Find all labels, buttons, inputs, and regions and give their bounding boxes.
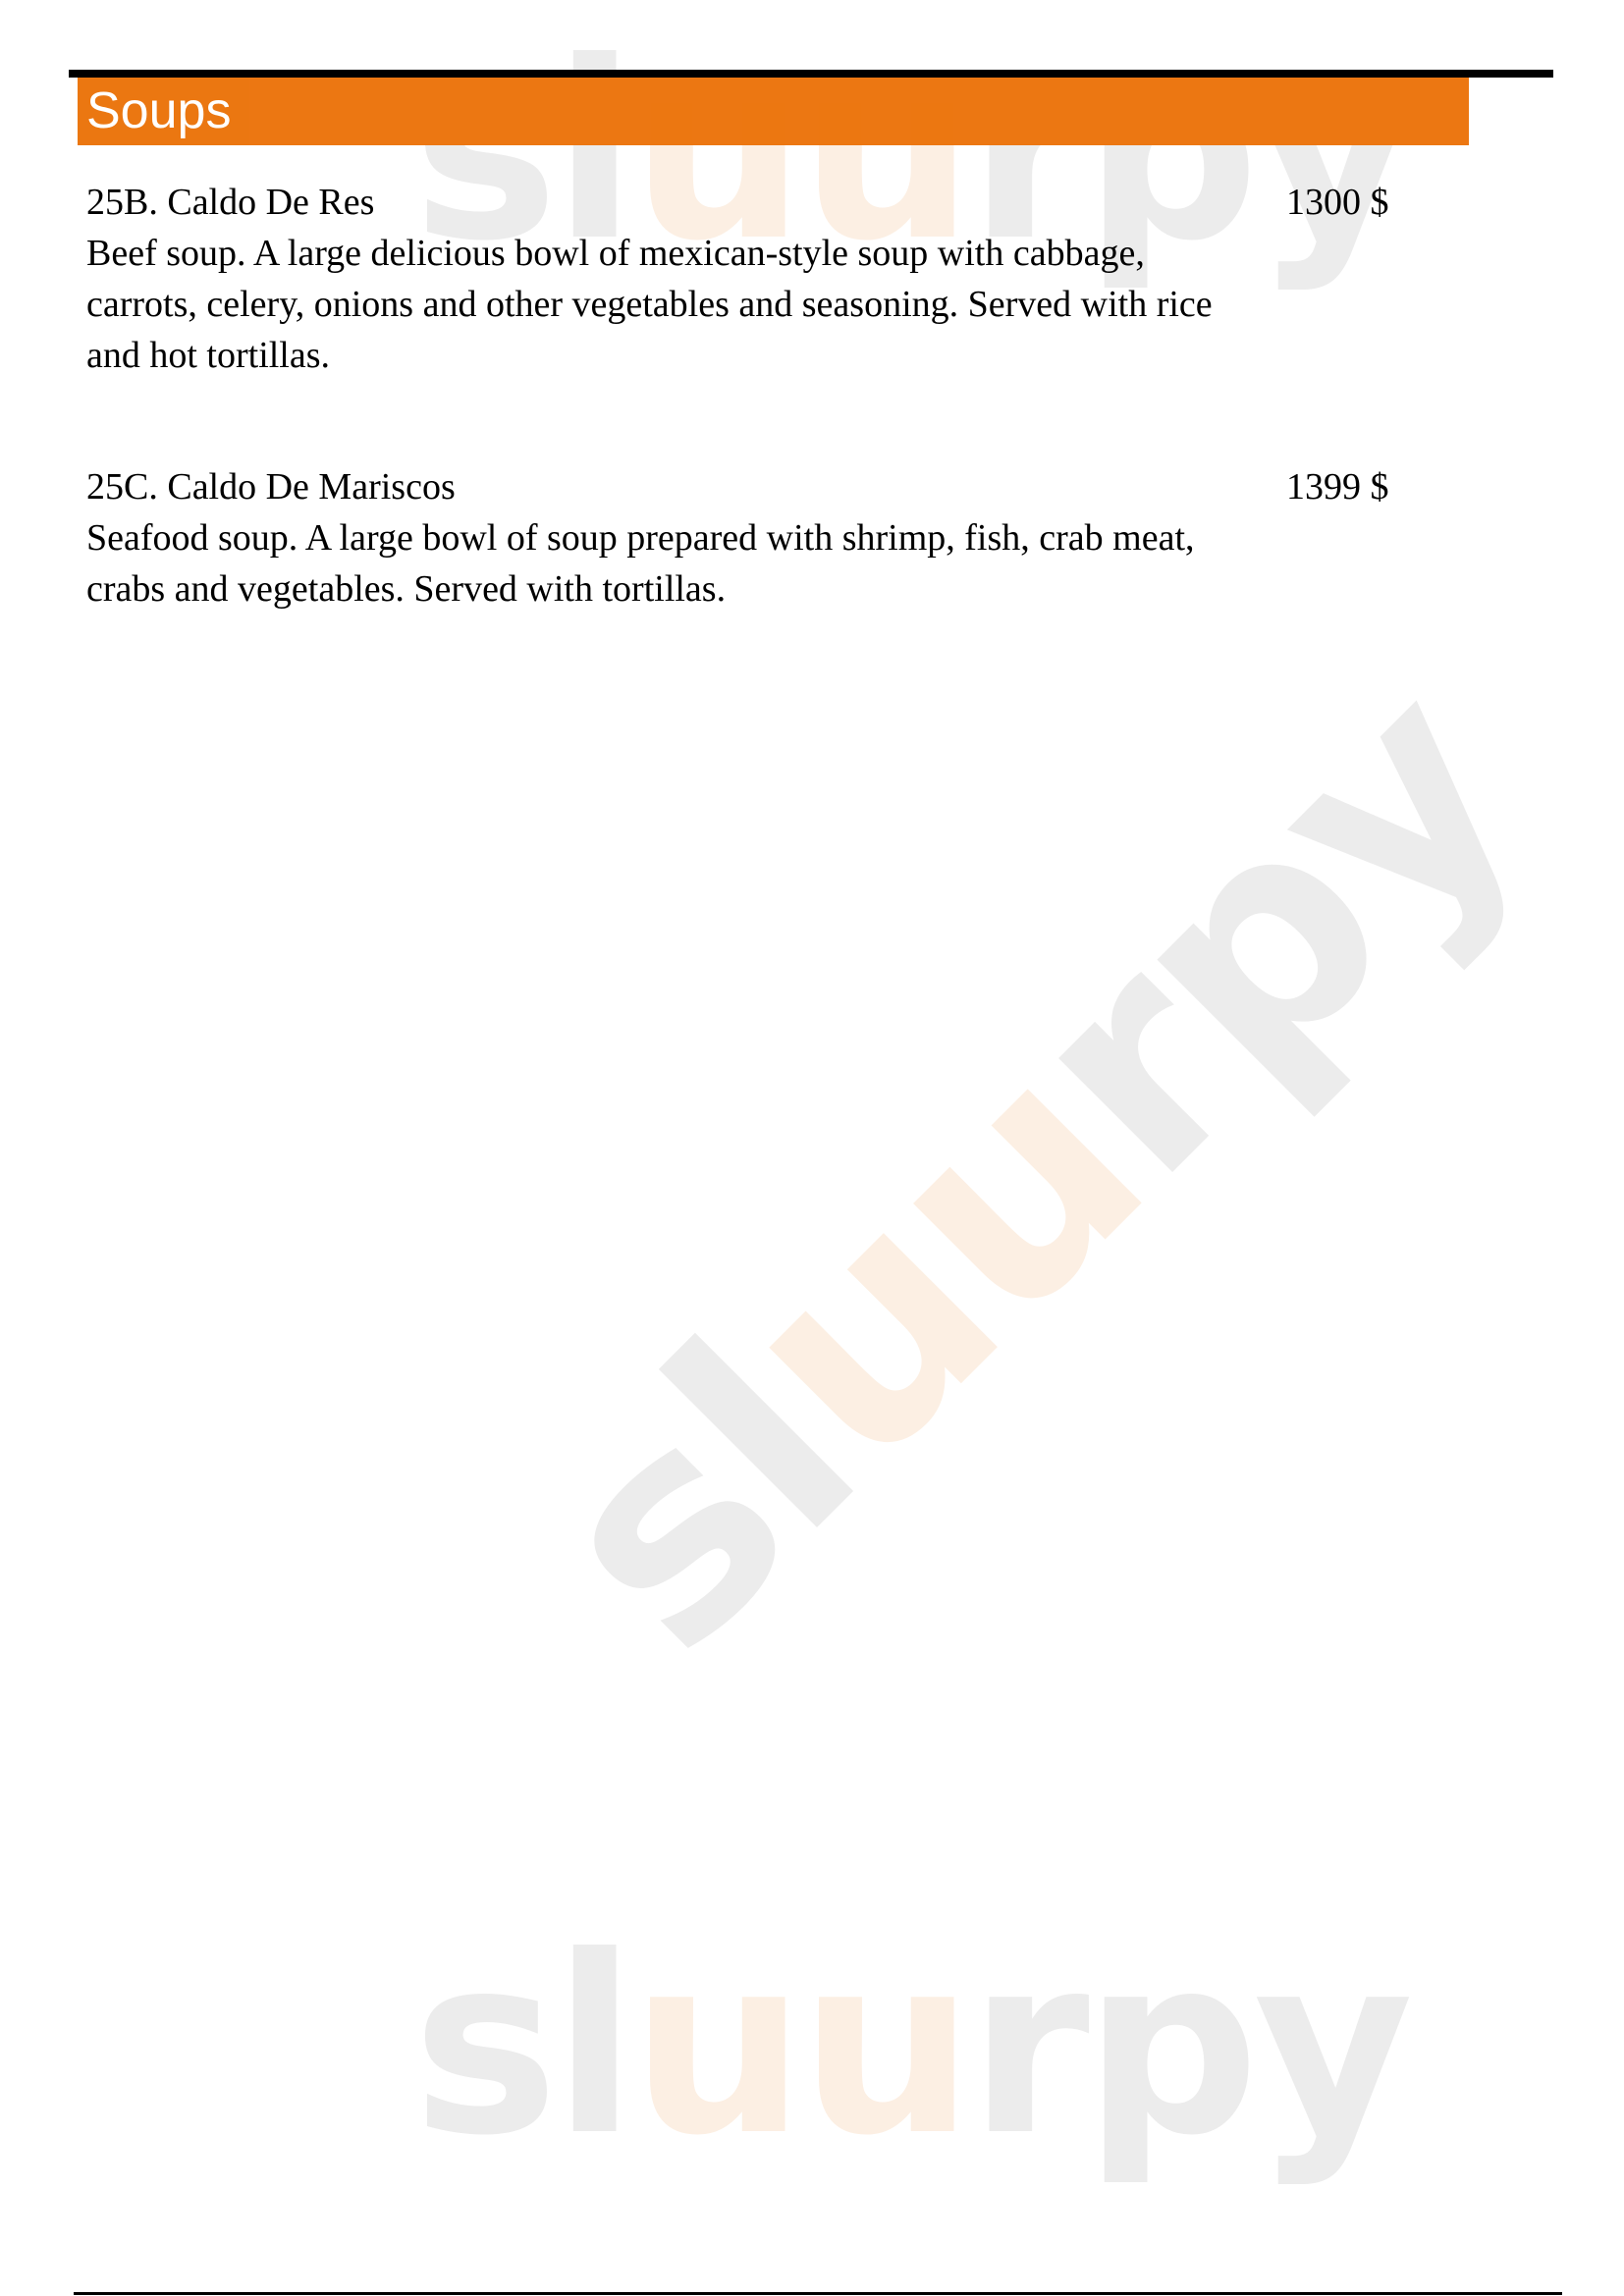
menu-item-price: 1300 $ bbox=[1286, 177, 1389, 228]
watermark-text: sl bbox=[487, 1285, 916, 1714]
menu-item-price: 1399 $ bbox=[1286, 461, 1389, 512]
watermark-text: sl bbox=[412, 1903, 631, 2189]
section-title: Soups bbox=[86, 81, 231, 140]
section-header: Soups bbox=[78, 78, 1469, 145]
watermark-text: rpy bbox=[968, 1903, 1407, 2189]
top-divider bbox=[69, 70, 1553, 78]
menu-item-description: Seafood soup. A large bowl of soup prepa… bbox=[86, 512, 1245, 614]
menu-item: 25B. Caldo De Res Beef soup. A large del… bbox=[86, 177, 1461, 381]
bottom-divider bbox=[74, 2292, 1562, 2295]
menu-item-name: 25C. Caldo De Mariscos bbox=[86, 461, 1461, 512]
watermark-text-accent: uu bbox=[631, 1903, 969, 2189]
watermark-logo-bottom: sluurpy bbox=[412, 1924, 1408, 2169]
watermark-text-accent: uu bbox=[674, 996, 1204, 1526]
menu-item-description: Beef soup. A large delicious bowl of mex… bbox=[86, 228, 1245, 381]
watermark-logo-middle: sluurpy bbox=[504, 639, 1562, 1697]
menu-item-name: 25B. Caldo De Res bbox=[86, 177, 1461, 228]
watermark-text: rpy bbox=[962, 621, 1580, 1239]
menu-item: 25C. Caldo De Mariscos Seafood soup. A l… bbox=[86, 461, 1461, 614]
